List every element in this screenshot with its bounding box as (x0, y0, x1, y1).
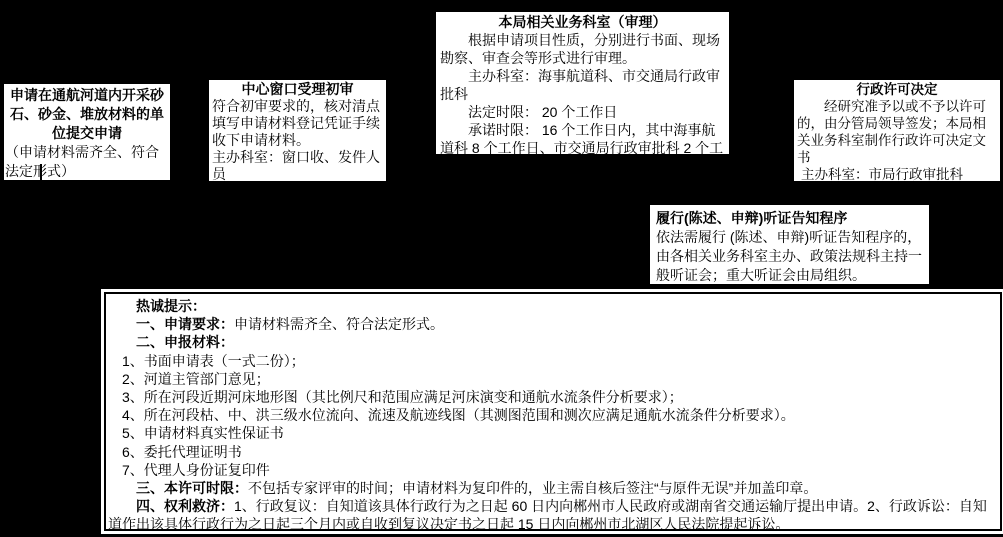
notice-line-text: 3、所在河段近期河床地形图（其比例尺和范围应满足河床演变和通航水流条件分析要求）… (122, 389, 683, 405)
department-review-box: 本局相关业务科室（审理） 根据申请项目性质，分别进行书面、现场勘察、审查会等形式… (434, 10, 731, 156)
apply-box-note: （申请材料需齐全、符合法定形式） (5, 143, 169, 181)
flowchart-canvas: 申请在通航河道内开采砂石、砂金、堆放材料的单位提交申请 （申请材料需齐全、符合法… (0, 0, 1003, 537)
notice-line-text: 1、行政复议：自知道该具体行政行为之日起 60 日内向郴州市人民政府或湖南省交通… (108, 498, 987, 531)
department-review-paragraph: 承诺时限： 16 个工作日内，其中海事航道科 8 个工作日、市交通局行政审批科 … (440, 121, 725, 156)
notice-line-text: 申请材料需齐全、符合法定形式。 (234, 316, 444, 332)
department-review-paragraph: 法定时限： 20 个工作日 (440, 103, 725, 121)
notice-line-lead: 一、申请要求： (136, 316, 234, 332)
department-review-paragraph: 根据申请项目性质，分别进行书面、现场勘察、审查会等形式进行审理。 (440, 31, 725, 67)
notice-line-text: 7、代理人身份证复印件 (122, 462, 270, 478)
notice-line: 三、本许可时限：不包括专家评审的时间；申请材料为复印件的，业主需自核后签注“与原… (108, 479, 995, 497)
decision-box-paragraph: 经研究准予以或不予以许可的，由分管局领导签发；本局相关业务科室制作行政许可决定文… (797, 98, 997, 166)
notice-line-text: 1、书面申请表（一式二份）； (122, 353, 305, 369)
notice-line-lead: 三、本许可时限： (136, 480, 248, 496)
hearing-box-title: 履行(陈述、申辩)听证告知程序 (656, 208, 923, 228)
notice-line-lead: 热诚提示： (136, 298, 206, 314)
notice-line: 7、代理人身份证复印件 (108, 461, 995, 479)
notice-line: 2、河道主管部门意见； (108, 370, 995, 388)
notice-line: 一、申请要求：申请材料需齐全、符合法定形式。 (108, 315, 995, 333)
notice-line: 热诚提示： (108, 297, 995, 315)
notice-line: 3、所在河段近期河床地形图（其比例尺和范围应满足河床演变和通航水流条件分析要求）… (108, 388, 995, 406)
hearing-box-body: 依法需履行 (陈述、申辩)听证告知程序的，由各相关业务科室主办、政策法规科主持一… (656, 228, 923, 285)
notice-line: 1、书面申请表（一式二份）； (108, 352, 995, 370)
decision-box-title: 行政许可决定 (797, 81, 997, 98)
department-review-paragraph: 主办科室：海事航道科、市交通局行政审批科 (440, 67, 725, 103)
notice-line-text: 2、河道主管部门意见； (122, 371, 270, 387)
decision-box: 行政许可决定 经研究准予以或不予以许可的，由分管局领导签发；本局相关业务科室制作… (792, 78, 1002, 183)
window-review-title: 中心窗口受理初审 (212, 81, 383, 98)
notice-line-text: 不包括专家评审的时间；申请材料为复印件的，业主需自核后签注“与原件无误”并加盖印… (248, 480, 817, 496)
apply-box: 申请在通航河道内开采砂石、砂金、堆放材料的单位提交申请 （申请材料需齐全、符合法… (2, 82, 172, 182)
window-review-box: 中心窗口受理初审 符合初审要求的，核对清点填写申请材料登记凭证手续收下申请材料。… (207, 78, 388, 183)
notice-line-text: 5、申请材料真实性保证书 (122, 425, 284, 441)
notice-line: 二、申报材料： (108, 333, 995, 351)
notice-line-lead: 二、申报材料： (136, 334, 234, 350)
hearing-box: 履行(陈述、申辩)听证告知程序 依法需履行 (陈述、申辩)听证告知程序的，由各相… (648, 203, 931, 286)
department-review-title: 本局相关业务科室（审理） (440, 13, 725, 31)
apply-box-title: 申请在通航河道内开采砂石、砂金、堆放材料的单位提交申请 (5, 86, 169, 143)
window-review-dept: 主办科室：窗口收、发件人员 (212, 149, 383, 183)
notice-line: 5、申请材料真实性保证书 (108, 424, 995, 442)
notice-line: 6、委托代理证明书 (108, 443, 995, 461)
decision-box-dept: 主办科室：市局行政审批科 (797, 166, 997, 183)
notice-box: 热诚提示： 一、申请要求：申请材料需齐全、符合法定形式。 二、申报材料： 1、书… (104, 292, 1002, 531)
connector-line (40, 164, 42, 181)
notice-line: 四、权利救济：1、行政复议：自知道该具体行政行为之日起 60 日内向郴州市人民政… (108, 497, 995, 531)
notice-line: 4、所在河段枯、中、洪三级水位流向、流速及航迹线图（其测图范围和测次应满足通航水… (108, 406, 995, 424)
window-review-body: 符合初审要求的，核对清点填写申请材料登记凭证手续收下申请材料。 (212, 98, 383, 149)
notice-line-lead: 四、权利救济： (136, 498, 234, 514)
notice-line-text: 4、所在河段枯、中、洪三级水位流向、流速及航迹线图（其测图范围和测次应满足通航水… (122, 407, 795, 423)
notice-line-text: 6、委托代理证明书 (122, 444, 242, 460)
